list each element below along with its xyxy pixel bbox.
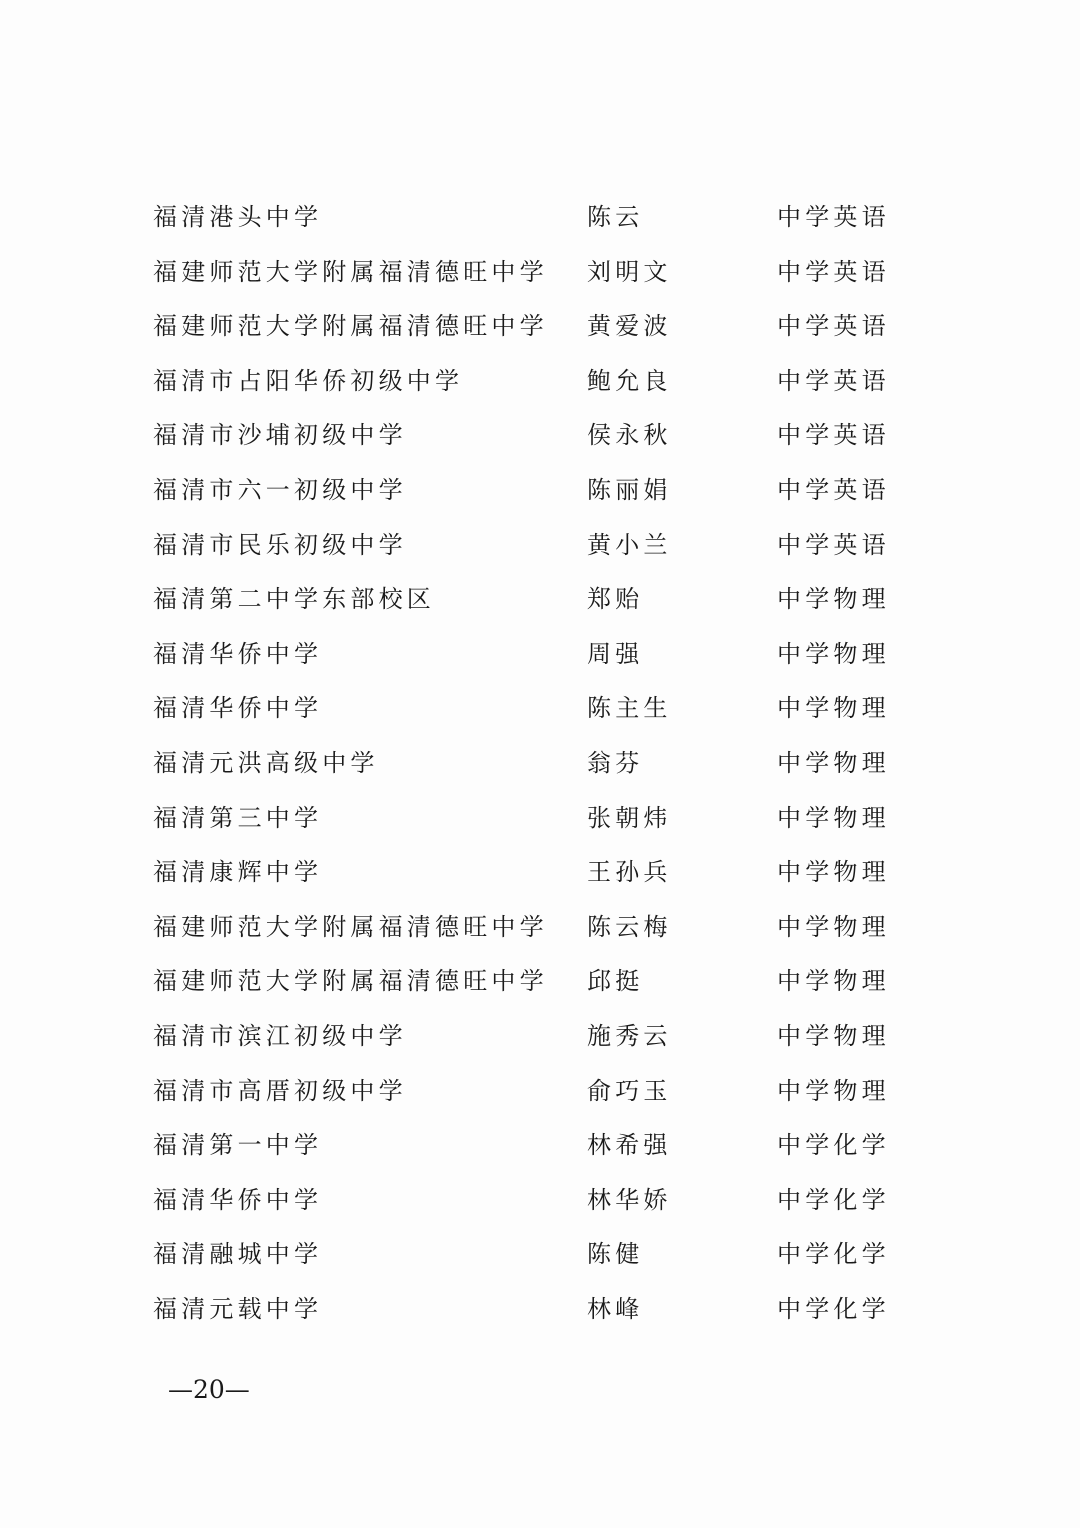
table-row: 福清华侨中学林华娇中学化学 [153, 1180, 913, 1235]
table-row: 福建师范大学附属福清德旺中学邱挺中学物理 [153, 961, 913, 1016]
teacher-list-table: 福清港头中学陈云中学英语福建师范大学附属福清德旺中学刘明文中学英语福建师范大学附… [153, 197, 913, 1343]
subject-cell: 中学物理 [777, 1016, 890, 1056]
table-row: 福清华侨中学周强中学物理 [153, 634, 913, 689]
school-name-cell: 福清融城中学 [153, 1234, 322, 1274]
subject-cell: 中学物理 [777, 634, 890, 674]
teacher-name-cell: 张朝炜 [587, 798, 672, 838]
school-name-cell: 福清市滨江初级中学 [153, 1016, 407, 1056]
school-name-cell: 福清市沙埔初级中学 [153, 415, 407, 455]
school-name-cell: 福清第一中学 [153, 1125, 322, 1165]
school-name-cell: 福清华侨中学 [153, 688, 322, 728]
teacher-name-cell: 陈健 [587, 1234, 643, 1274]
subject-cell: 中学物理 [777, 852, 890, 892]
teacher-name-cell: 刘明文 [587, 252, 672, 292]
teacher-name-cell: 周强 [587, 634, 643, 674]
teacher-name-cell: 陈主生 [587, 688, 672, 728]
table-row: 福清康辉中学王孙兵中学物理 [153, 852, 913, 907]
school-name-cell: 福清华侨中学 [153, 1180, 322, 1220]
school-name-cell: 福清市民乐初级中学 [153, 525, 407, 565]
table-row: 福清市六一初级中学陈丽娟中学英语 [153, 470, 913, 525]
teacher-name-cell: 王孙兵 [587, 852, 672, 892]
teacher-name-cell: 黄爱波 [587, 306, 672, 346]
document-page: 福清港头中学陈云中学英语福建师范大学附属福清德旺中学刘明文中学英语福建师范大学附… [0, 0, 1080, 1528]
subject-cell: 中学物理 [777, 907, 890, 947]
teacher-name-cell: 施秀云 [587, 1016, 672, 1056]
table-row: 福建师范大学附属福清德旺中学陈云梅中学物理 [153, 907, 913, 962]
subject-cell: 中学物理 [777, 1071, 890, 1111]
school-name-cell: 福清康辉中学 [153, 852, 322, 892]
table-row: 福清华侨中学陈主生中学物理 [153, 688, 913, 743]
teacher-name-cell: 陈云梅 [587, 907, 672, 947]
teacher-name-cell: 林峰 [587, 1289, 643, 1329]
school-name-cell: 福清华侨中学 [153, 634, 322, 674]
teacher-name-cell: 林希强 [587, 1125, 672, 1165]
subject-cell: 中学物理 [777, 688, 890, 728]
subject-cell: 中学物理 [777, 579, 890, 619]
subject-cell: 中学英语 [777, 197, 890, 237]
teacher-name-cell: 鲍允良 [587, 361, 672, 401]
table-row: 福清第二中学东部校区郑贻中学物理 [153, 579, 913, 634]
table-row: 福清港头中学陈云中学英语 [153, 197, 913, 252]
school-name-cell: 福清第三中学 [153, 798, 322, 838]
subject-cell: 中学化学 [777, 1125, 890, 1165]
school-name-cell: 福清第二中学东部校区 [153, 579, 435, 619]
table-row: 福清市沙埔初级中学侯永秋中学英语 [153, 415, 913, 470]
school-name-cell: 福清元洪高级中学 [153, 743, 379, 783]
table-row: 福清元洪高级中学翁芬中学物理 [153, 743, 913, 798]
table-row: 福清第一中学林希强中学化学 [153, 1125, 913, 1180]
table-row: 福建师范大学附属福清德旺中学黄爱波中学英语 [153, 306, 913, 361]
subject-cell: 中学英语 [777, 470, 890, 510]
teacher-name-cell: 黄小兰 [587, 525, 672, 565]
subject-cell: 中学英语 [777, 252, 890, 292]
table-row: 福清市高厝初级中学俞巧玉中学物理 [153, 1071, 913, 1126]
page-number: —20— [168, 1374, 250, 1406]
school-name-cell: 福清元载中学 [153, 1289, 322, 1329]
school-name-cell: 福建师范大学附属福清德旺中学 [153, 961, 548, 1001]
table-row: 福清市民乐初级中学黄小兰中学英语 [153, 525, 913, 580]
table-row: 福清市占阳华侨初级中学鲍允良中学英语 [153, 361, 913, 416]
subject-cell: 中学化学 [777, 1289, 890, 1329]
school-name-cell: 福清市占阳华侨初级中学 [153, 361, 463, 401]
table-row: 福清第三中学张朝炜中学物理 [153, 798, 913, 853]
school-name-cell: 福清港头中学 [153, 197, 322, 237]
teacher-name-cell: 邱挺 [587, 961, 643, 1001]
school-name-cell: 福建师范大学附属福清德旺中学 [153, 306, 548, 346]
subject-cell: 中学英语 [777, 415, 890, 455]
subject-cell: 中学物理 [777, 743, 890, 783]
subject-cell: 中学英语 [777, 361, 890, 401]
school-name-cell: 福建师范大学附属福清德旺中学 [153, 252, 548, 292]
school-name-cell: 福建师范大学附属福清德旺中学 [153, 907, 548, 947]
subject-cell: 中学物理 [777, 961, 890, 1001]
table-row: 福清元载中学林峰中学化学 [153, 1289, 913, 1344]
table-row: 福清融城中学陈健中学化学 [153, 1234, 913, 1289]
teacher-name-cell: 俞巧玉 [587, 1071, 672, 1111]
school-name-cell: 福清市六一初级中学 [153, 470, 407, 510]
subject-cell: 中学化学 [777, 1180, 890, 1220]
school-name-cell: 福清市高厝初级中学 [153, 1071, 407, 1111]
teacher-name-cell: 翁芬 [587, 743, 643, 783]
teacher-name-cell: 侯永秋 [587, 415, 672, 455]
table-row: 福建师范大学附属福清德旺中学刘明文中学英语 [153, 252, 913, 307]
teacher-name-cell: 郑贻 [587, 579, 643, 619]
subject-cell: 中学英语 [777, 306, 890, 346]
teacher-name-cell: 陈云 [587, 197, 643, 237]
subject-cell: 中学物理 [777, 798, 890, 838]
subject-cell: 中学英语 [777, 525, 890, 565]
table-row: 福清市滨江初级中学施秀云中学物理 [153, 1016, 913, 1071]
subject-cell: 中学化学 [777, 1234, 890, 1274]
teacher-name-cell: 陈丽娟 [587, 470, 672, 510]
teacher-name-cell: 林华娇 [587, 1180, 672, 1220]
